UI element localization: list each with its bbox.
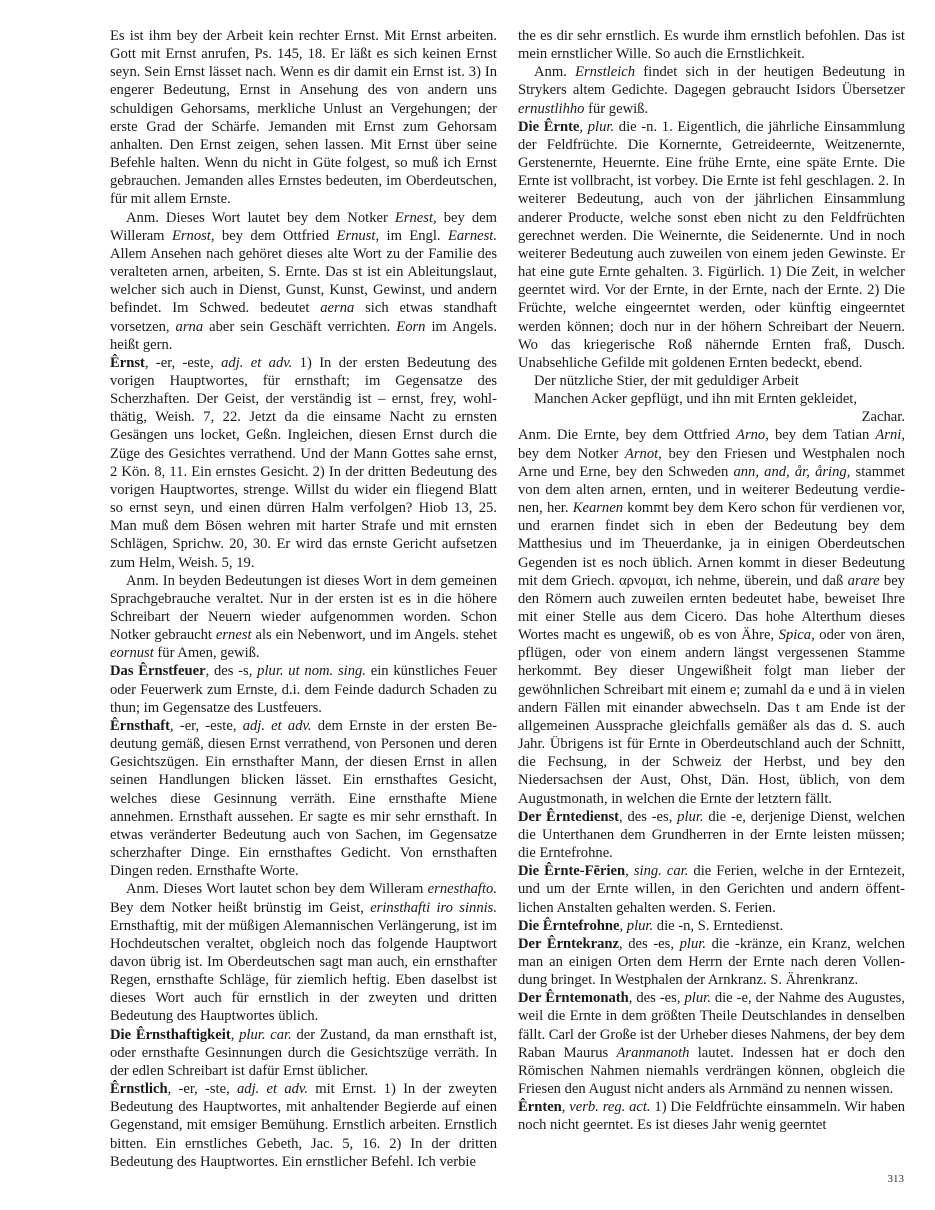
- entry-ernten: Êrnten, verb. reg. act. 1) Die Feldfrüch…: [518, 1098, 905, 1134]
- grammar-label: adj. et adv.: [237, 1081, 308, 1097]
- headword: Êrnstlich: [110, 1081, 168, 1097]
- note-ernst-usage: Anm. In beyden Bedeutungen ist dieses Wo…: [110, 572, 497, 663]
- headword: Êrnsthaft: [110, 718, 170, 734]
- paragraph-ernst-continuation: Es ist ihm bey der Arbeit kein rechter E…: [110, 27, 497, 209]
- verse-attribution: Zachar.: [518, 408, 905, 426]
- grammar-label: sing. car.: [634, 863, 689, 879]
- grammar-label: plur.: [680, 936, 706, 952]
- paragraph-ernstlich-continuation: the es dir sehr ernstlich. Es wurde ihm …: [518, 27, 905, 63]
- grammar-label: verb. reg. act.: [569, 1099, 650, 1115]
- entry-erntemonath: Der Êrntemonath, des -es, plur. die -e, …: [518, 989, 905, 1098]
- grammar-label: adj. et adv.: [243, 718, 312, 734]
- headword: Êrnst: [110, 355, 145, 371]
- grammar-label: plur. car.: [239, 1027, 292, 1043]
- headword: Êrnten: [518, 1099, 562, 1115]
- right-column: the es dir sehr ernstlich. Es wurde ihm …: [518, 27, 905, 1135]
- entry-ernsthaftigkeit: Die Êrnsthaftigkeit, plur. car. der Zust…: [110, 1026, 497, 1080]
- grammar-label: plur.: [627, 918, 653, 934]
- headword: Die Êrnsthaftigkeit: [110, 1027, 231, 1043]
- entry-ernte-ferien: Die Êrnte-Fērien, sing. car. die Ferien,…: [518, 862, 905, 916]
- grammar-label: adj. et adv.: [221, 355, 292, 371]
- entry-ernte: Die Êrnte, plur. die -n. 1. Eigentlich, …: [518, 118, 905, 372]
- entry-ernstlich: Êrnstlich, -er, -ste, adj. et adv. mit E…: [110, 1080, 497, 1171]
- verse-line-1: Der nützliche Stier, der mit geduldiger …: [518, 372, 905, 390]
- entry-erntedienst: Der Êrntedienst, des -es, plur. die -e, …: [518, 808, 905, 862]
- grammar-label: plur.: [588, 119, 614, 135]
- headword: Der Êrntedienst: [518, 809, 619, 825]
- note-ernte-etymology: Anm. Die Ernte, bey dem Ottfried Arno, b…: [518, 426, 905, 807]
- grammar-label: plur.: [684, 990, 710, 1006]
- entry-erntekranz: Der Êrntekranz, des -es, plur. die -krän…: [518, 935, 905, 989]
- entry-ernstfeuer: Das Êrnstfeuer, des -s, plur. ut nom. si…: [110, 662, 497, 716]
- left-column: Es ist ihm bey der Arbeit kein rechter E…: [110, 27, 497, 1171]
- headword: Die Êrntefrohne: [518, 918, 619, 934]
- note-ernsthaft: Anm. Dieses Wort lautet schon bey dem Wi…: [110, 880, 497, 1025]
- grammar-label: plur. ut nom. sing.: [257, 663, 366, 679]
- headword: Die Êrnte: [518, 119, 579, 135]
- page-number: 313: [870, 1172, 904, 1186]
- entry-erntefrohne: Die Êrntefrohne, plur. die -n, S. Ernted…: [518, 917, 905, 935]
- note-ernstlich: Anm. Ernstleich findet sich in der heuti…: [518, 63, 905, 117]
- headword: Der Êrntekranz: [518, 936, 619, 952]
- note-ernst-etymology: Anm. Dieses Wort lautet bey dem Notker E…: [110, 209, 497, 354]
- entry-ernsthaft: Êrnsthaft, -er, -este, adj. et adv. dem …: [110, 717, 497, 880]
- headword: Die Êrnte-Fērien: [518, 863, 625, 879]
- dictionary-page: Es ist ihm bey der Arbeit kein rechter E…: [0, 0, 935, 1210]
- headword: Das Êrnstfeuer: [110, 663, 206, 679]
- grammar-label: plur.: [677, 809, 703, 825]
- headword: Der Êrntemonath: [518, 990, 629, 1006]
- verse-line-2: Manchen Acker gepflügt, und ihn mit Ernt…: [518, 390, 905, 408]
- entry-ernst-adj: Êrnst, -er, -este, adj. et adv. 1) In de…: [110, 354, 497, 572]
